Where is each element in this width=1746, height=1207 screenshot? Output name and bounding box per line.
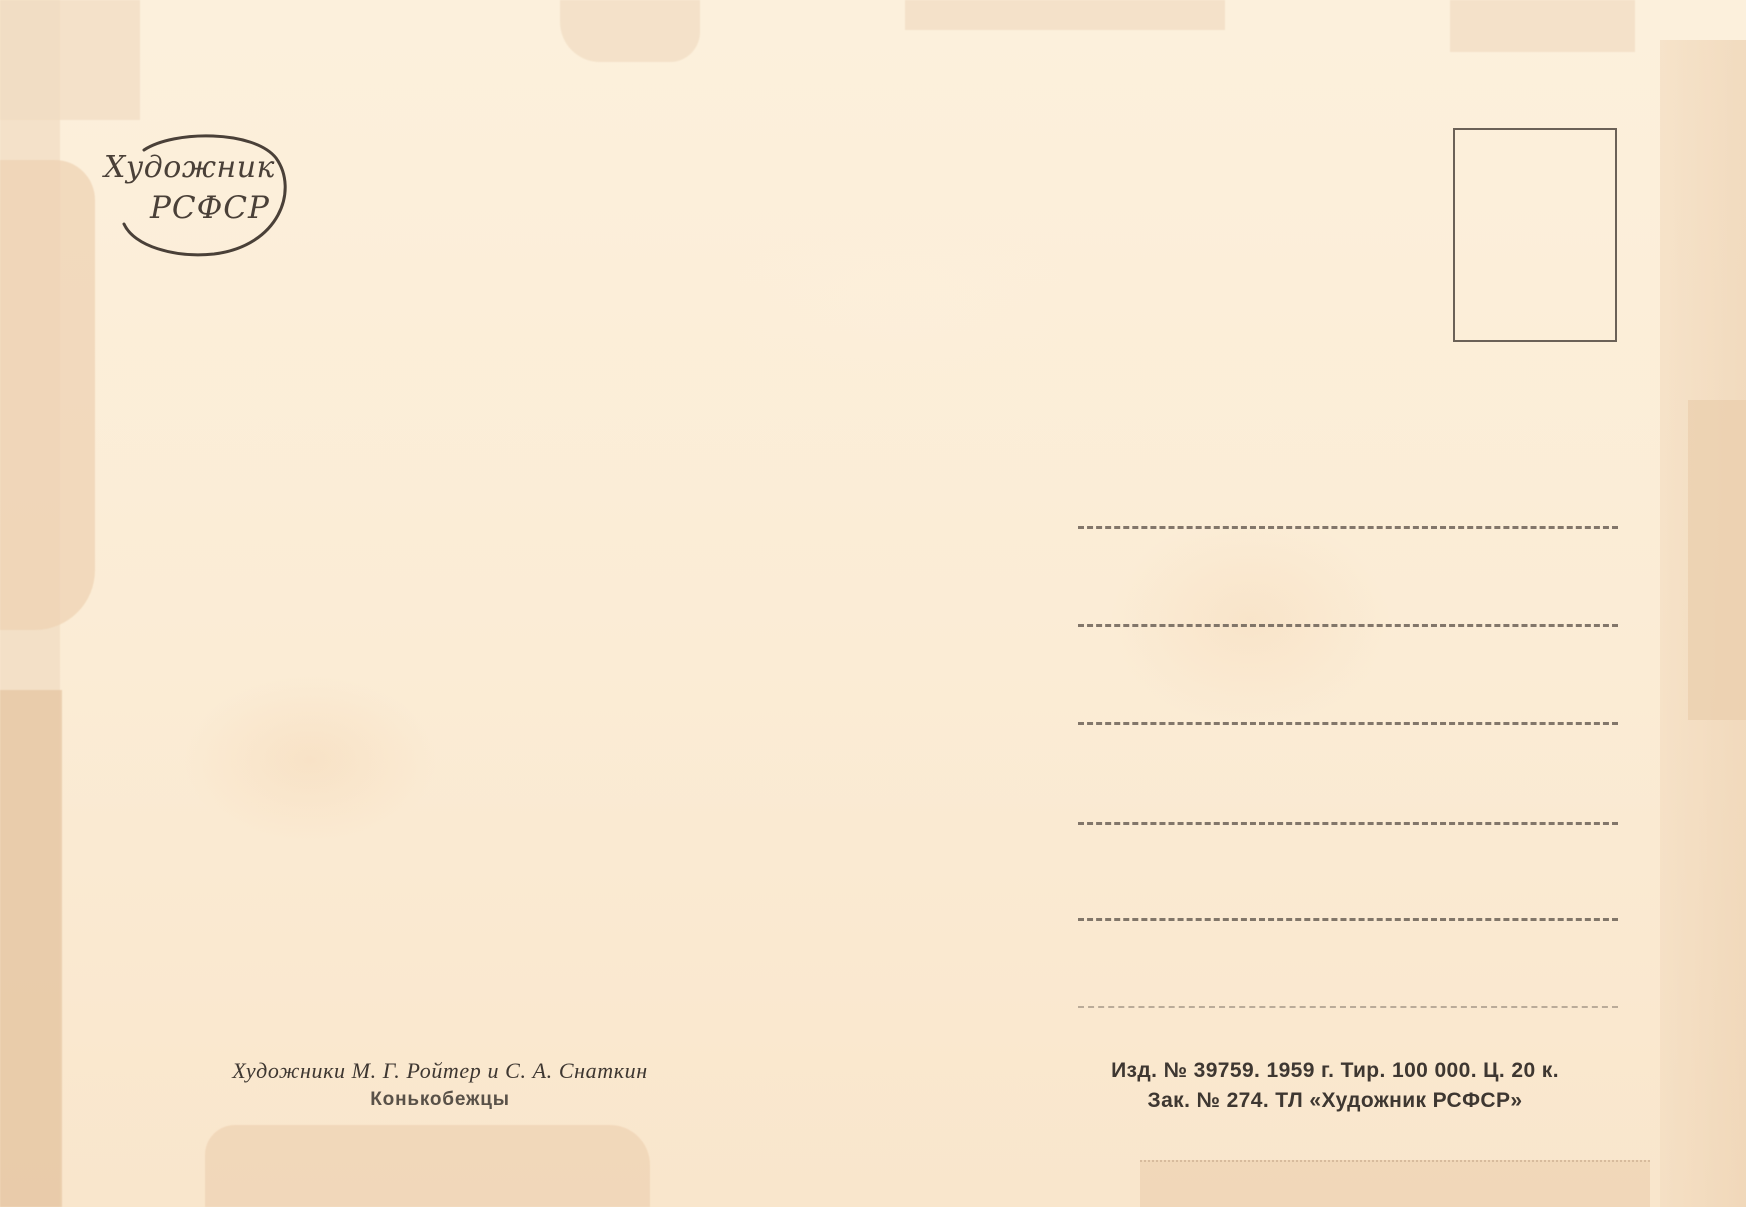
stamp-remnant-right-serrated (1688, 400, 1746, 720)
publisher-logo: Художник РСФСР (104, 128, 294, 262)
artwork-title: Конькобежцы (140, 1086, 740, 1114)
paper-wear-bottom-left (205, 1125, 650, 1207)
logo-text-line1: Художник (104, 150, 275, 185)
address-line[interactable] (1078, 526, 1618, 529)
address-line[interactable] (1078, 624, 1618, 627)
order-and-publisher: Зак. № 274. ТЛ «Художник РСФСР» (1040, 1086, 1630, 1116)
artist-credit: Художники М. Г. Ройтер и С. А. Снаткин К… (140, 1056, 740, 1114)
paper-wear-top-1 (0, 0, 140, 120)
paper-wear-left-lower (0, 690, 62, 1207)
paper-wear-top-4 (1450, 0, 1635, 52)
publication-imprint: Изд. № 39759. 1959 г. Тир. 100 000. Ц. 2… (1040, 1056, 1630, 1116)
address-line[interactable] (1078, 918, 1618, 921)
artist-names: Художники М. Г. Ройтер и С. А. Снаткин (140, 1056, 740, 1086)
paper-wear-top-2 (560, 0, 700, 62)
paper-wear-top-3 (905, 0, 1225, 30)
address-line[interactable] (1078, 722, 1618, 725)
stamp-remnant-bottom (1140, 1160, 1650, 1207)
postcard-reverse: Художник РСФСР Художники М. Г. Ройтер и … (0, 0, 1746, 1207)
paper-wear-left-torn (0, 160, 95, 630)
address-line[interactable] (1078, 822, 1618, 825)
logo-text-line2: РСФСР (150, 190, 270, 226)
address-line[interactable] (1078, 1006, 1618, 1008)
publication-details: Изд. № 39759. 1959 г. Тир. 100 000. Ц. 2… (1040, 1056, 1630, 1086)
stamp-box (1453, 128, 1617, 342)
